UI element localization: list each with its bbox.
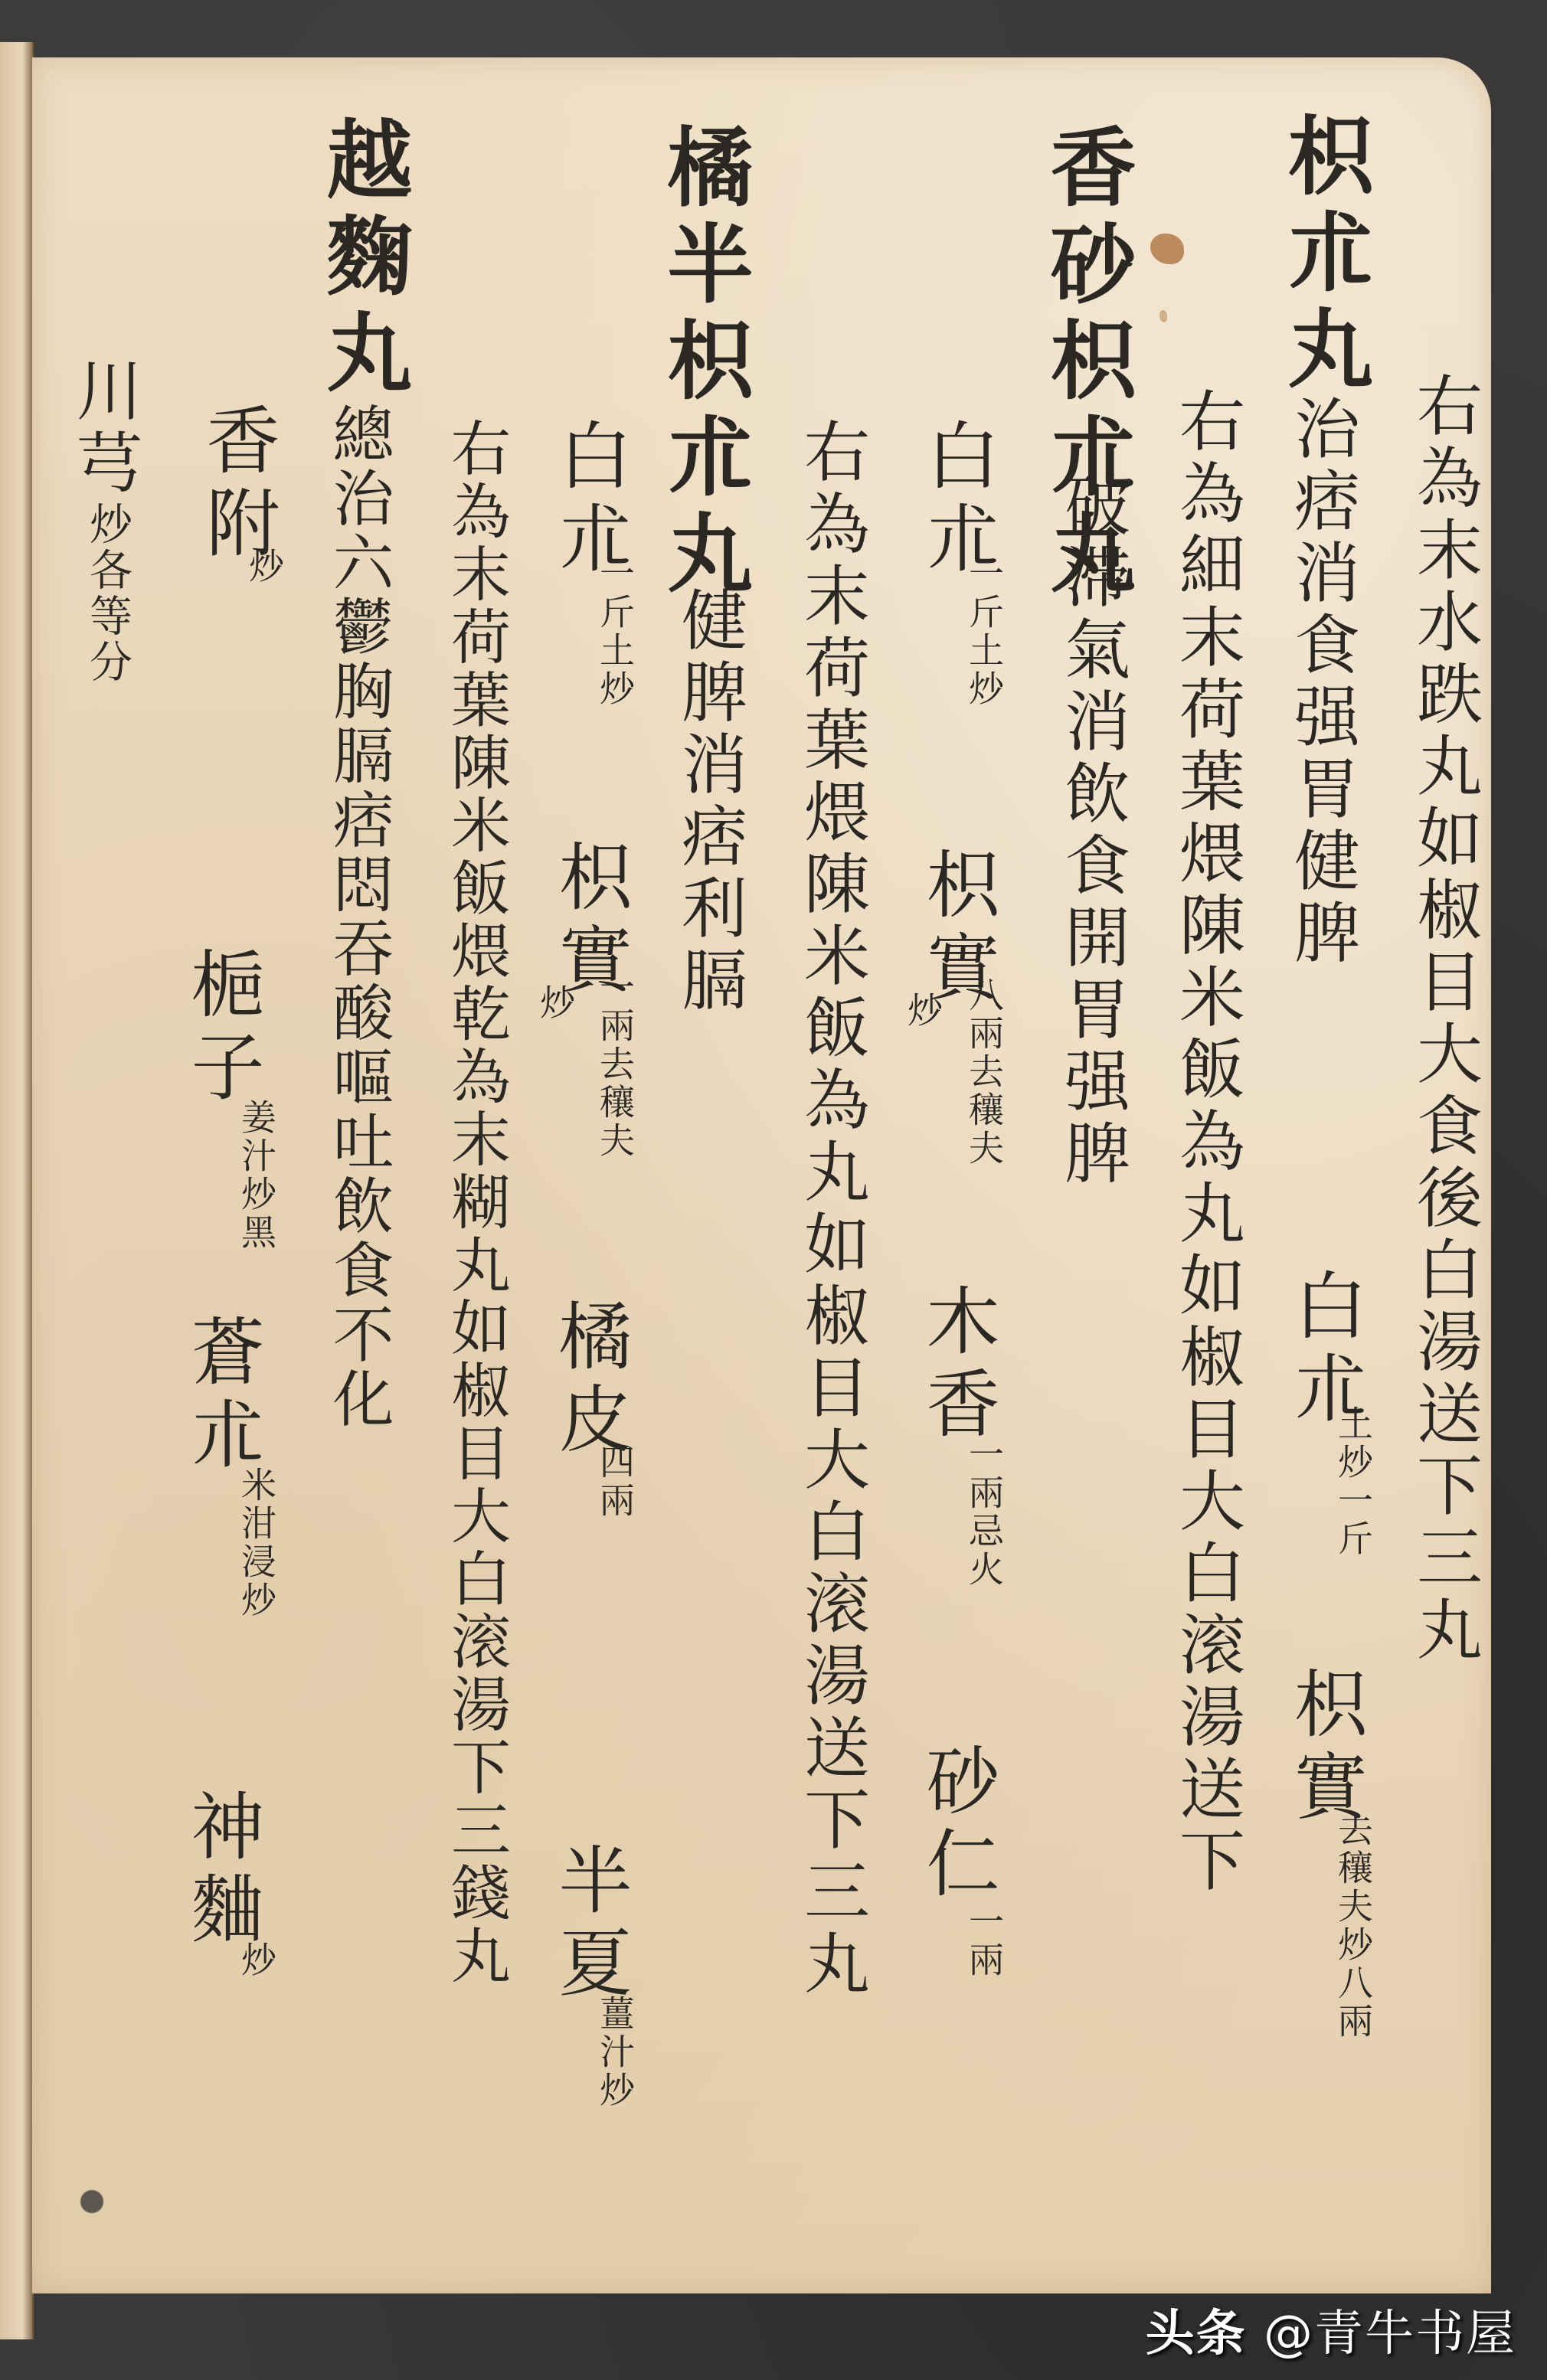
column-instruction-9: 右為末荷葉陳米飯煨乾為末糊丸如椒目大白滚湯下三錢丸 [446,417,505,1987]
paper-stain [1150,234,1184,264]
formula-title-yueju-wan: 越麴丸 [319,115,405,404]
herb-name: 蒼朮 [185,1313,259,1479]
column-instruction-3: 右為細末荷葉煨陳米飯為丸如椒目大白滚湯送下 [1173,387,1239,1898]
herb-baizhu-2: 白朮 一斤土炒 [921,417,994,583]
column-instruction-1: 右為末水跌丸如椒目大食後白湯送下三丸 [1411,371,1477,1667]
herb-note: 炒 [247,548,282,586]
herb-zhishi-1: 枳實 去穰夫炒八兩 [1288,1666,1362,1831]
herb-name: 川芎 [70,356,136,500]
paper-stain-small [1159,310,1167,322]
herb-cangzhu: 蒼朮 米泔浸炒 [185,1313,259,1479]
herb-note: 去穰夫炒八兩 [1336,1811,1371,2041]
herb-note: 一斤土炒 [597,555,633,708]
herb-note-b: 八兩去穰夫 [966,976,1002,1168]
formula-description-zhizhu-wan: 治痞消食强胃健脾 [1288,394,1354,970]
watermark: 头条 @青牛书屋 [1146,2294,1516,2365]
herb-note: 姜汁炒黑 [239,1099,274,1252]
formula-description-yueju: 總治六鬱胸膈痞悶吞酸嘔吐飲食不化 [327,402,388,1431]
herb-name: 橘皮 [553,1298,626,1463]
herb-note: 一斤土炒 [966,555,1002,708]
formula-description-xiangsha: 破滞氣消飲食開胃强脾 [1058,471,1124,1191]
herb-chuanxiong: 川芎 炒各等分 [70,356,136,500]
herb-note: 四兩 [597,1443,633,1520]
herb-name: 梔子 [185,946,259,1111]
herb-note: 炒各等分 [86,502,129,685]
formula-title-jueban-zhizhu-wan: 橘半枳朮丸 [660,123,746,605]
herb-name: 神麯 [185,1788,259,1953]
herb-muxiang: 木香 一兩忌火 [921,1283,994,1448]
herb-xiangfu: 香附 炒 [201,402,274,567]
manuscript-page: 右為末水跌丸如椒目大食後白湯送下三丸 枳朮丸 治痞消食强胃健脾 右為細末荷葉煨陳… [32,57,1491,2293]
herb-sharen: 砂仁 一兩 [921,1742,994,1908]
column-instruction-6: 右為末荷葉煨陳米飯為丸如椒目大白滚湯送下三丸 [798,417,864,2001]
herb-note: 土炒一斤 [1336,1405,1371,1558]
herb-zhishi-2: 枳實 炒 八兩去穰夫 [921,846,994,1012]
herb-baizhu-1: 白朮 土炒一斤 [1288,1267,1362,1433]
herb-shenqu: 神麯 炒 [185,1788,259,1953]
herb-name: 砂仁 [921,1742,994,1908]
herb-name: 枳實 [1288,1666,1362,1831]
herb-jupi: 橘皮 四兩 [553,1298,626,1463]
herb-name: 木香 [921,1283,994,1448]
herb-note-a: 炒 [538,984,573,1022]
herb-baizhu-3: 白朮 一斤土炒 [553,417,626,583]
herb-note-a: 炒 [905,992,940,1030]
herb-name: 半夏 [553,1842,626,2007]
herb-banxia: 半夏 薑汁炒 [553,1842,626,2007]
herb-zhishi-3: 枳實 炒 一兩去穰夫 [553,839,626,1004]
herb-note: 薑汁炒 [597,1995,633,2110]
herb-note: 一兩 [966,1903,1002,1980]
previous-page-edge [0,42,34,2339]
formula-title-zhizhu-wan: 枳朮丸 [1280,111,1366,400]
herb-name: 香附 [201,402,274,567]
watermark-handle: @青牛书屋 [1264,2306,1516,2362]
herb-note: 一兩忌火 [966,1436,1002,1589]
herb-note: 米泔浸炒 [239,1466,274,1620]
herb-note: 炒 [239,1941,274,1980]
watermark-brand: 头条 [1146,2306,1247,2362]
herb-note-b: 一兩去穰夫 [597,969,633,1160]
binding-hole [69,2140,115,2293]
formula-description-jueban: 健脾消痞利膈 [675,586,741,1018]
herb-zhizi: 梔子 姜汁炒黑 [185,946,259,1111]
